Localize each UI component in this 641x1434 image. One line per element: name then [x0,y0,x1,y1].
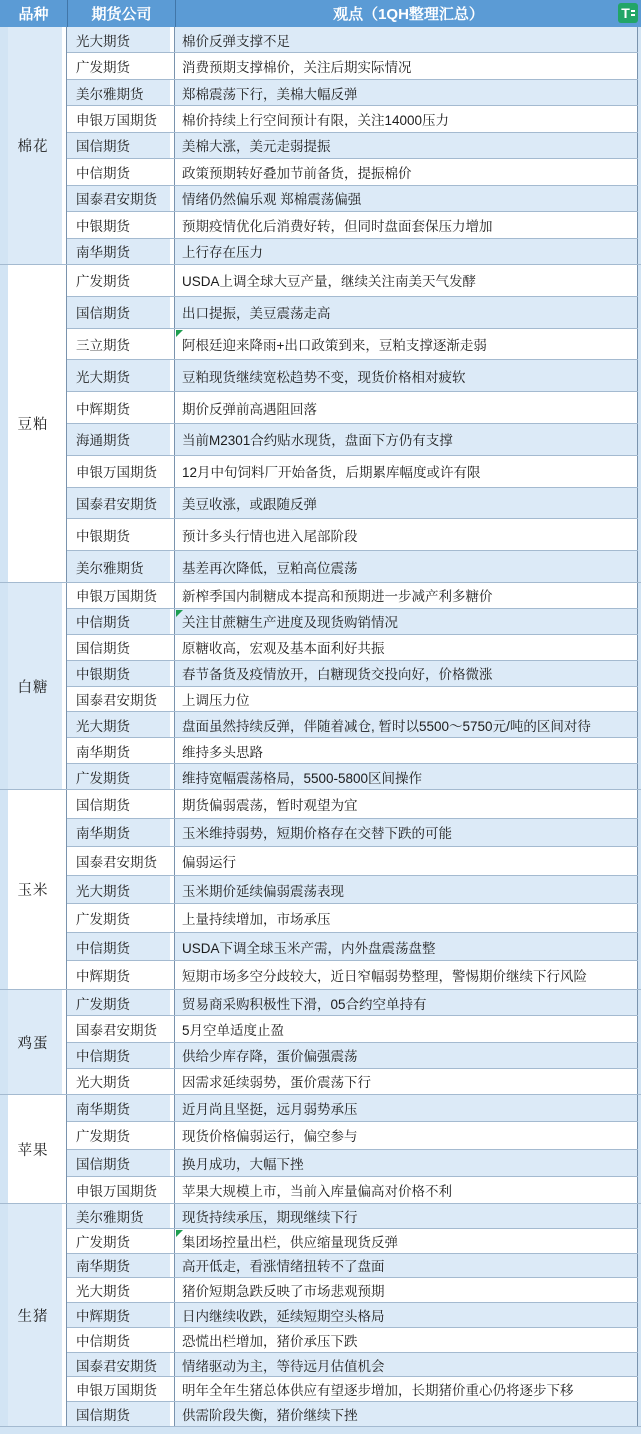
viewpoint-cell[interactable]: 上行存在压力 [175,239,638,264]
section-rows: 光大期货 棉价反弹支撑不足 广发期货 消费预期支撑棉价，关注后期实际情况 美尔雅… [67,27,641,264]
viewpoint-cell[interactable]: 美棉大涨，美元走弱提振 [175,133,638,158]
table-row: 中银期货 春节备货及疫情放开，白糖现货交投向好，价格微涨 [67,661,641,687]
company-cell[interactable]: 中辉期货 [67,1303,175,1327]
viewpoint-cell[interactable]: 情绪仍然偏乐观 郑棉震荡偏强 [175,186,638,211]
viewpoint-cell[interactable]: 预期疫情优化后消费好转，但同时盘面套保压力增加 [175,212,638,237]
viewpoint-cell[interactable]: 猪价短期急跌反映了市场悲观预期 [175,1278,638,1302]
company-cell[interactable]: 国信期货 [67,790,175,818]
company-cell[interactable]: 光大期货 [67,1278,175,1302]
company-cell[interactable]: 国信期货 [67,635,175,660]
viewpoint-cell[interactable]: 供给少库存降，蛋价偏强震荡 [175,1043,638,1068]
table-row: 国泰君安期货 5月空单适度止盈 [67,1016,641,1042]
table-row: 申银万国期货 新榨季国内制糖成本提高和预期进一步减产利多糖价 [67,583,641,609]
table-row: 光大期货 盘面虽然持续反弹，伴随着减仓, 暂时以5500～5750元/吨的区间对… [67,712,641,738]
viewpoint-cell[interactable]: 春节备货及疫情放开，白糖现货交投向好，价格微涨 [175,661,638,686]
table-row: 广发期货 消费预期支撑棉价，关注后期实际情况 [67,53,641,79]
viewpoint-cell[interactable]: 基差再次降低，豆粕高位震荡 [175,551,638,582]
company-cell[interactable]: 广发期货 [67,990,175,1015]
section-rows: 申银万国期货 新榨季国内制糖成本提高和预期进一步减产利多糖价 中信期货 关注甘蔗… [67,583,641,789]
category-cell[interactable]: 鸡蛋 [0,990,67,1094]
table-row: 国信期货 供需阶段失衡，猪价继续下挫 [67,1402,641,1426]
table-row: 国泰君安期货 偏弱运行 [67,847,641,876]
company-cell[interactable]: 国泰君安期货 [67,847,175,875]
header-viewpoint-label: 观点（1QH整理汇总） [333,3,484,24]
viewpoint-cell[interactable]: 预计多头行情也进入尾部阶段 [175,519,638,550]
company-cell[interactable]: 广发期货 [67,265,175,296]
table-row: 三立期货 阿根廷迎来降雨+出口政策到来，豆粕支撑逐渐走弱 [67,329,641,361]
company-cell[interactable]: 光大期货 [67,1069,175,1094]
company-cell[interactable]: 海通期货 [67,424,175,455]
viewpoint-cell[interactable]: 盘面虽然持续反弹，伴随着减仓, 暂时以5500～5750元/吨的区间对待 [175,712,638,737]
comment-marker-icon [176,610,183,617]
table-row: 南华期货 近月尚且坚挺，远月弱势承压 [67,1095,641,1122]
table-row: 中辉期货 日内继续收跌，延续短期空头格局 [67,1303,641,1328]
variety-section: 生猪 美尔雅期货 现货持续承压，期现继续下行 广发期货 集团场控量出栏，供应缩量… [0,1204,641,1427]
company-cell[interactable]: 中信期货 [67,609,175,634]
ths-t-logo-icon: T [618,3,638,23]
viewpoint-cell[interactable]: 现货持续承压，期现继续下行 [175,1204,638,1228]
table-row: 国信期货 换月成功，大幅下挫 [67,1150,641,1177]
company-cell[interactable]: 国泰君安期货 [67,186,175,211]
table-header: 品种 期货公司 观点（1QH整理汇总） T [0,0,641,27]
company-cell[interactable]: 国信期货 [67,133,175,158]
company-cell[interactable]: 广发期货 [67,904,175,932]
table-body: 棉花 光大期货 棉价反弹支撑不足 广发期货 消费预期支撑棉价，关注后期实际情况 … [0,27,641,1427]
viewpoint-cell[interactable]: 棉价反弹支撑不足 [175,27,638,52]
company-cell[interactable]: 南华期货 [67,738,175,763]
comment-marker-icon [176,1230,183,1237]
company-cell[interactable]: 广发期货 [67,1122,175,1148]
company-cell[interactable]: 中银期货 [67,661,175,686]
variety-section: 棉花 光大期货 棉价反弹支撑不足 广发期货 消费预期支撑棉价，关注后期实际情况 … [0,27,641,265]
company-cell[interactable]: 中银期货 [67,519,175,550]
viewpoint-cell[interactable]: 消费预期支撑棉价，关注后期实际情况 [175,53,638,78]
category-cell[interactable]: 棉花 [0,27,67,264]
viewpoint-cell[interactable]: 上量持续增加，市场承压 [175,904,638,932]
table-row: 中信期货 政策预期转好叠加节前备货，提振棉价 [67,159,641,185]
table-row: 南华期货 上行存在压力 [67,239,641,264]
variety-section: 白糖 申银万国期货 新榨季国内制糖成本提高和预期进一步减产利多糖价 中信期货 关… [0,583,641,790]
table-row: 中银期货 预期疫情优化后消费好转，但同时盘面套保压力增加 [67,212,641,238]
viewpoint-cell[interactable]: 关注甘蔗糖生产进度及现货购销情况 [175,609,638,634]
company-cell[interactable]: 国信期货 [67,1150,175,1176]
viewpoint-cell[interactable]: USDA下调全球玉米产需，内外盘震荡盘整 [175,933,638,961]
company-cell[interactable]: 国信期货 [67,297,175,328]
company-cell[interactable]: 国泰君安期货 [67,1016,175,1041]
company-cell[interactable]: 中辉期货 [67,392,175,423]
viewpoint-cell[interactable]: 原糖收高，宏观及基本面利好共振 [175,635,638,660]
viewpoint-cell[interactable]: 当前M2301合约贴水现货，盘面下方仍有支撑 [175,424,638,455]
company-cell[interactable]: 申银万国期货 [67,583,175,608]
table-row: 国信期货 出口提振，美豆震荡走高 [67,297,641,329]
table-row: 光大期货 豆粕现货继续宽松趋势不变，现货价格相对疲软 [67,360,641,392]
company-cell[interactable]: 三立期货 [67,329,175,360]
table-row: 南华期货 高开低走，看涨情绪扭转不了盘面 [67,1254,641,1279]
table-row: 光大期货 猪价短期急跌反映了市场悲观预期 [67,1278,641,1303]
company-cell[interactable]: 光大期货 [67,876,175,904]
bottom-strip [0,1427,641,1434]
company-cell[interactable]: 南华期货 [67,239,175,264]
section-rows: 南华期货 近月尚且坚挺，远月弱势承压 广发期货 现货价格偏弱运行，偏空参与 国信… [67,1095,641,1203]
viewpoint-cell[interactable]: 日内继续收跌，延续短期空头格局 [175,1303,638,1327]
viewpoint-cell[interactable]: 阿根廷迎来降雨+出口政策到来，豆粕支撑逐渐走弱 [175,329,638,360]
table-row: 美尔雅期货 基差再次降低，豆粕高位震荡 [67,551,641,582]
viewpoint-cell[interactable]: 因需求延续弱势，蛋价震荡下行 [175,1069,638,1094]
futures-opinion-table: 品种 期货公司 观点（1QH整理汇总） T 棉花 光大期货 棉价反弹支撑不足 广… [0,0,641,1434]
viewpoint-cell[interactable]: 恐慌出栏增加，猪价承压下跌 [175,1328,638,1352]
company-cell[interactable]: 中信期货 [67,159,175,184]
table-row: 申银万国期货 明年全年生猪总体供应有望逐步增加，长期猪价重心仍将逐步下移 [67,1377,641,1402]
company-cell[interactable]: 申银万国期货 [67,106,175,131]
table-row: 中信期货 关注甘蔗糖生产进度及现货购销情况 [67,609,641,635]
table-row: 中辉期货 期价反弹前高遇阻回落 [67,392,641,424]
viewpoint-cell[interactable]: 新榨季国内制糖成本提高和预期进一步减产利多糖价 [175,583,638,608]
logo-letter: T [621,6,630,20]
variety-section: 豆粕 广发期货 USDA上调全球大豆产量，继续关注南美天气发酵 国信期货 出口提… [0,265,641,583]
company-cell[interactable]: 国泰君安期货 [67,687,175,712]
table-row: 国信期货 美棉大涨，美元走弱提振 [67,133,641,159]
table-row: 广发期货 集团场控量出栏，供应缩量现货反弹 [67,1229,641,1254]
table-row: 光大期货 棉价反弹支撑不足 [67,27,641,53]
table-row: 光大期货 因需求延续弱势，蛋价震荡下行 [67,1069,641,1094]
table-row: 光大期货 玉米期价延续偏弱震荡表现 [67,876,641,905]
company-cell[interactable]: 广发期货 [67,1229,175,1253]
company-cell[interactable]: 南华期货 [67,1254,175,1278]
company-cell[interactable]: 光大期货 [67,27,175,52]
company-cell[interactable]: 申银万国期货 [67,456,175,487]
table-row: 中信期货 USDA下调全球玉米产需，内外盘震荡盘整 [67,933,641,962]
table-row: 美尔雅期货 现货持续承压，期现继续下行 [67,1204,641,1229]
header-variety[interactable]: 品种 [0,0,67,27]
company-cell[interactable]: 美尔雅期货 [67,1204,175,1228]
table-row: 南华期货 玉米维持弱势，短期价格存在交替下跌的可能 [67,819,641,848]
section-rows: 广发期货 贸易商采购积极性下滑，05合约空单持有 国泰君安期货 5月空单适度止盈… [67,990,641,1094]
table-row: 广发期货 贸易商采购积极性下滑，05合约空单持有 [67,990,641,1016]
variety-section: 鸡蛋 广发期货 贸易商采购积极性下滑，05合约空单持有 国泰君安期货 5月空单适… [0,990,641,1095]
section-rows: 美尔雅期货 现货持续承压，期现继续下行 广发期货 集团场控量出栏，供应缩量现货反… [67,1204,641,1426]
category-cell[interactable]: 玉米 [0,790,67,989]
section-rows: 国信期货 期货偏弱震荡，暂时观望为宜 南华期货 玉米维持弱势，短期价格存在交替下… [67,790,641,989]
viewpoint-cell[interactable]: 换月成功，大幅下挫 [175,1150,638,1176]
table-row: 中信期货 恐慌出栏增加，猪价承压下跌 [67,1328,641,1353]
company-cell[interactable]: 光大期货 [67,360,175,391]
company-cell[interactable]: 申银万国期货 [67,1377,175,1401]
company-cell[interactable]: 广发期货 [67,53,175,78]
comment-marker-icon [176,330,183,337]
viewpoint-cell[interactable]: 供需阶段失衡，猪价继续下挫 [175,1402,638,1426]
company-cell[interactable]: 中信期货 [67,933,175,961]
logo-bars-icon [631,10,635,16]
viewpoint-cell[interactable]: USDA上调全球大豆产量，继续关注南美天气发酵 [175,265,638,296]
viewpoint-cell[interactable]: 12月中旬饲料厂开始备货，后期累库幅度或许有限 [175,456,638,487]
company-cell[interactable]: 国泰君安期货 [67,488,175,519]
table-row: 国泰君安期货 情绪驱动为主，等待远月估值机会 [67,1353,641,1378]
table-row: 中信期货 供给少库存降，蛋价偏强震荡 [67,1043,641,1069]
table-row: 国泰君安期货 情绪仍然偏乐观 郑棉震荡偏强 [67,186,641,212]
category-cell[interactable]: 豆粕 [0,265,67,582]
company-cell[interactable]: 国泰君安期货 [67,1353,175,1377]
viewpoint-cell[interactable]: 出口提振，美豆震荡走高 [175,297,638,328]
table-row: 申银万国期货 苹果大规模上市，当前入库量偏高对价格不利 [67,1177,641,1203]
company-cell[interactable]: 美尔雅期货 [67,80,175,105]
header-viewpoint[interactable]: 观点（1QH整理汇总） T [175,0,641,27]
company-cell[interactable]: 南华期货 [67,1095,175,1121]
viewpoint-cell[interactable]: 现货价格偏弱运行，偏空参与 [175,1122,638,1148]
table-row: 广发期货 现货价格偏弱运行，偏空参与 [67,1122,641,1149]
table-row: 中银期货 预计多头行情也进入尾部阶段 [67,519,641,551]
viewpoint-cell[interactable]: 偏弱运行 [175,847,638,875]
table-row: 广发期货 维持宽幅震荡格局，5500-5800区间操作 [67,764,641,789]
company-cell[interactable]: 中辉期货 [67,961,175,989]
company-cell[interactable]: 南华期货 [67,819,175,847]
table-row: 广发期货 USDA上调全球大豆产量，继续关注南美天气发酵 [67,265,641,297]
viewpoint-cell[interactable]: 上调压力位 [175,687,638,712]
header-company[interactable]: 期货公司 [67,0,175,27]
viewpoint-cell[interactable]: 美豆收涨，或跟随反弹 [175,488,638,519]
viewpoint-cell[interactable]: 高开低走，看涨情绪扭转不了盘面 [175,1254,638,1278]
variety-section: 玉米 国信期货 期货偏弱震荡，暂时观望为宜 南华期货 玉米维持弱势，短期价格存在… [0,790,641,990]
company-cell[interactable]: 国信期货 [67,1402,175,1426]
viewpoint-cell[interactable]: 玉米期价延续偏弱震荡表现 [175,876,638,904]
viewpoint-cell[interactable]: 棉价持续上行空间预计有限，关注14000压力 [175,106,638,131]
viewpoint-cell[interactable]: 集团场控量出栏，供应缩量现货反弹 [175,1229,638,1253]
table-row: 申银万国期货 棉价持续上行空间预计有限，关注14000压力 [67,106,641,132]
viewpoint-cell[interactable]: 期价反弹前高遇阻回落 [175,392,638,423]
company-cell[interactable]: 中信期货 [67,1328,175,1352]
category-cell[interactable]: 苹果 [0,1095,67,1203]
viewpoint-cell[interactable]: 贸易商采购积极性下滑，05合约空单持有 [175,990,638,1015]
table-row: 申银万国期货 12月中旬饲料厂开始备货，后期累库幅度或许有限 [67,456,641,488]
company-cell[interactable]: 光大期货 [67,712,175,737]
viewpoint-cell[interactable]: 期货偏弱震荡，暂时观望为宜 [175,790,638,818]
viewpoint-cell[interactable]: 维持多头思路 [175,738,638,763]
table-row: 国泰君安期货 美豆收涨，或跟随反弹 [67,488,641,520]
table-row: 海通期货 当前M2301合约贴水现货，盘面下方仍有支撑 [67,424,641,456]
category-cell[interactable]: 白糖 [0,583,67,789]
table-row: 国泰君安期货 上调压力位 [67,687,641,713]
viewpoint-cell[interactable]: 明年全年生猪总体供应有望逐步增加，长期猪价重心仍将逐步下移 [175,1377,638,1401]
viewpoint-cell[interactable]: 郑棉震荡下行，美棉大幅反弹 [175,80,638,105]
company-cell[interactable]: 申银万国期货 [67,1177,175,1203]
viewpoint-cell[interactable]: 维持宽幅震荡格局，5500-5800区间操作 [175,764,638,789]
viewpoint-cell[interactable]: 苹果大规模上市，当前入库量偏高对价格不利 [175,1177,638,1203]
company-cell[interactable]: 中信期货 [67,1043,175,1068]
viewpoint-cell[interactable]: 情绪驱动为主，等待远月估值机会 [175,1353,638,1377]
table-row: 南华期货 维持多头思路 [67,738,641,764]
viewpoint-cell[interactable]: 短期市场多空分歧较大，近日窄幅弱势整理，警惕期价继续下行风险 [175,961,638,989]
viewpoint-cell[interactable]: 玉米维持弱势，短期价格存在交替下跌的可能 [175,819,638,847]
category-cell[interactable]: 生猪 [0,1204,67,1426]
table-row: 中辉期货 短期市场多空分歧较大，近日窄幅弱势整理，警惕期价继续下行风险 [67,961,641,989]
company-cell[interactable]: 美尔雅期货 [67,551,175,582]
variety-section: 苹果 南华期货 近月尚且坚挺，远月弱势承压 广发期货 现货价格偏弱运行，偏空参与… [0,1095,641,1204]
table-row: 国信期货 原糖收高，宏观及基本面利好共振 [67,635,641,661]
company-cell[interactable]: 中银期货 [67,212,175,237]
table-row: 广发期货 上量持续增加，市场承压 [67,904,641,933]
viewpoint-cell[interactable]: 5月空单适度止盈 [175,1016,638,1041]
section-rows: 广发期货 USDA上调全球大豆产量，继续关注南美天气发酵 国信期货 出口提振，美… [67,265,641,582]
viewpoint-cell[interactable]: 近月尚且坚挺，远月弱势承压 [175,1095,638,1121]
company-cell[interactable]: 广发期货 [67,764,175,789]
table-row: 美尔雅期货 郑棉震荡下行，美棉大幅反弹 [67,80,641,106]
table-row: 国信期货 期货偏弱震荡，暂时观望为宜 [67,790,641,819]
viewpoint-cell[interactable]: 豆粕现货继续宽松趋势不变，现货价格相对疲软 [175,360,638,391]
viewpoint-cell[interactable]: 政策预期转好叠加节前备货，提振棉价 [175,159,638,184]
